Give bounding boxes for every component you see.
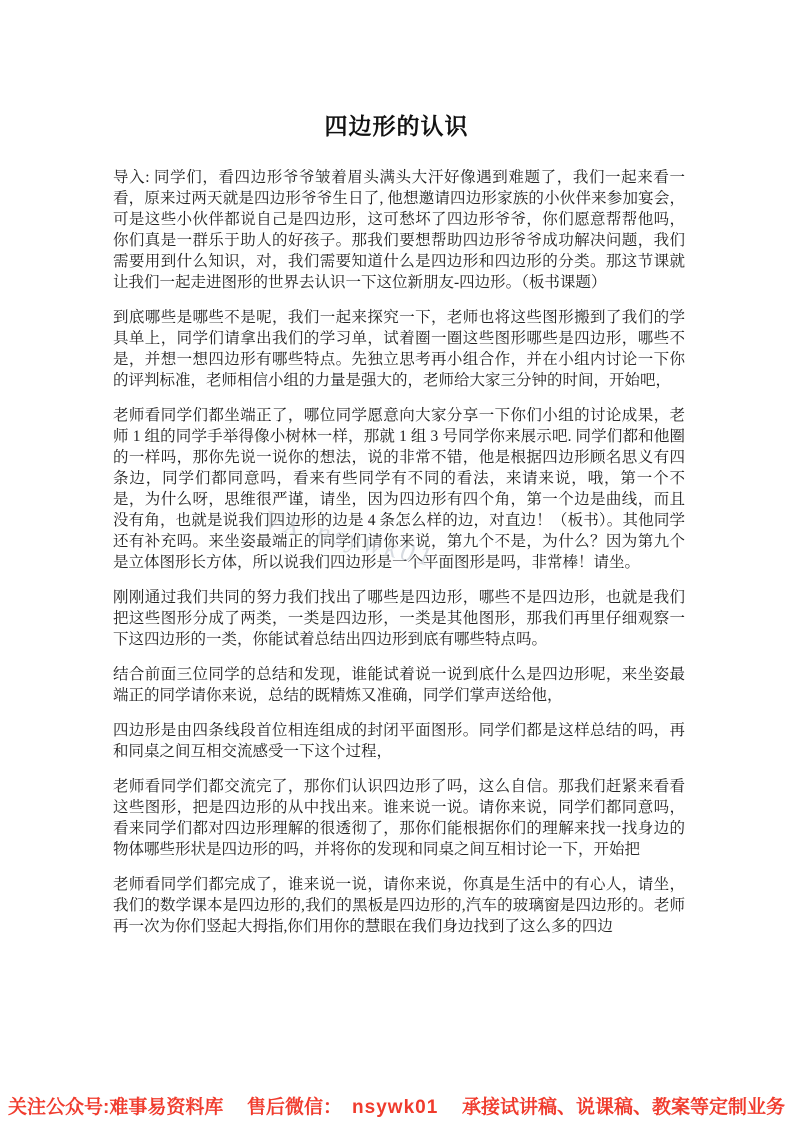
footer-banner: 关注公众号:难事易资料库 售后微信：nsywk01 承接试讲稿、说课稿、教案等定… [0, 1092, 793, 1119]
footer-wechat-label: 售后微信： [247, 1097, 342, 1118]
body-paragraph: 到底哪些是哪些不是呢，我们一起来探究一下，老师也将这些图形搬到了我们的学具单上，… [113, 307, 685, 391]
body-paragraph: 老师看同学们都完成了，谁来说一说，请你来说，你真是生活中的有心人，请坐，我们的数… [113, 874, 685, 937]
document-page: 四边形的认识 导入: 同学们，看四边形爷爷皱着眉头满头大汗好像遇到难题了，我们一… [0, 0, 793, 1122]
footer-services: 承接试讲稿、说课稿、教案等定制业务 [462, 1092, 785, 1119]
body-paragraph: 导入: 同学们，看四边形爷爷皱着眉头满头大汗好像遇到难题了，我们一起来看一看，原… [113, 167, 685, 293]
body-paragraph: 结合前面三位同学的总结和发现，谁能试着说一说到底什么是四边形呢，来坐姿最端正的同… [113, 664, 685, 706]
footer-wechat: 售后微信：nsywk01 [247, 1092, 438, 1119]
footer-wechat-id: nsywk01 [352, 1097, 438, 1118]
footer-public-account: 关注公众号:难事易资料库 [8, 1092, 223, 1119]
page-title: 四边形的认识 [0, 0, 793, 141]
body-paragraph: 老师看同学们都交流完了，那你们认识四边形了吗，这么自信。那我们赶紧来看看这些图形… [113, 776, 685, 860]
document-body: 导入: 同学们，看四边形爷爷皱着眉头满头大汗好像遇到难题了，我们一起来看一看，原… [113, 167, 685, 937]
body-paragraph: 刚刚通过我们共同的努力我们找出了哪些是四边形，哪些不是四边形，也就是我们把这些图… [113, 587, 685, 650]
body-paragraph: 老师看同学们都坐端正了，哪位同学愿意向大家分享一下你们小组的讨论成果，老师 1 … [113, 405, 685, 573]
body-paragraph: 四边形是由四条线段首位相连组成的封闭平面图形。同学们都是这样总结的吗，再和同桌之… [113, 720, 685, 762]
